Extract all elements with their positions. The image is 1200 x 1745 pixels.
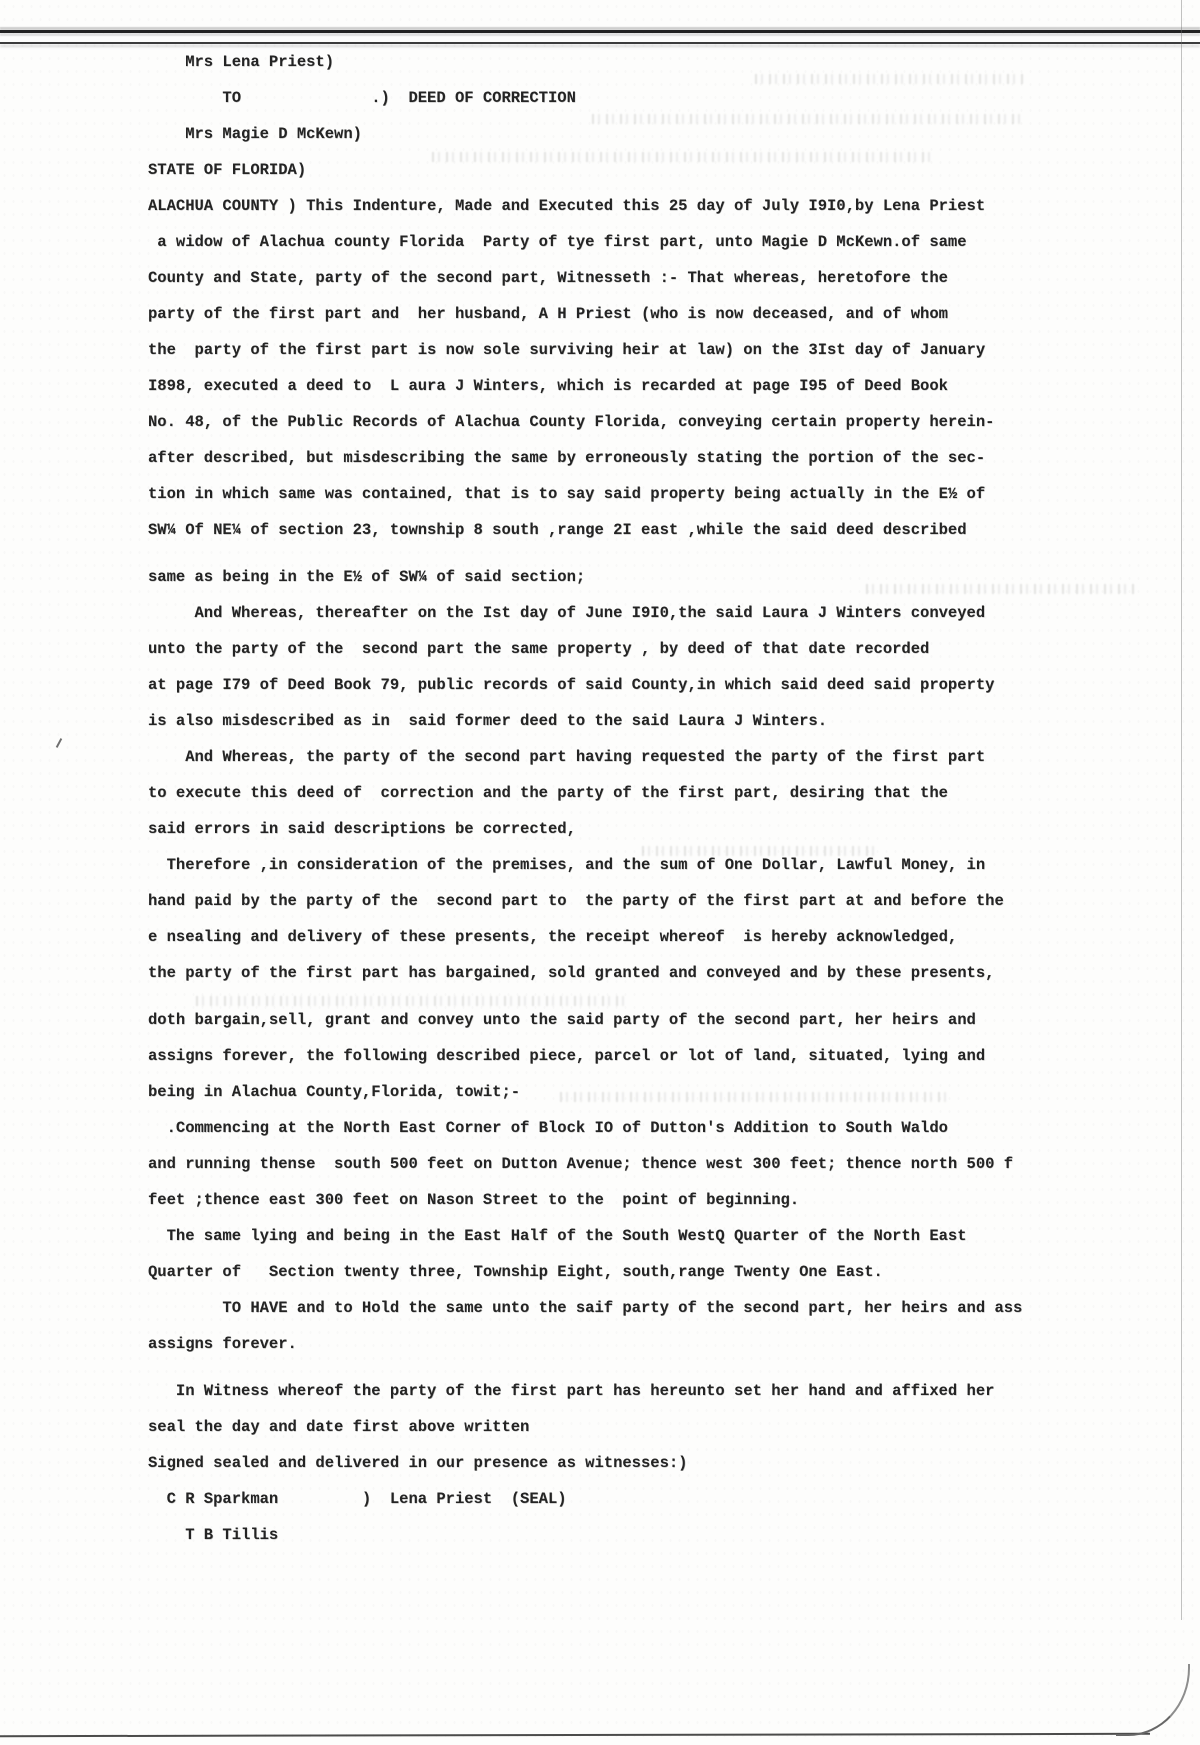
document-line: said errors in said descriptions be corr… [148,811,1186,847]
document-line: hand paid by the party of the second par… [148,883,1186,919]
scanned-document-page: Mrs Lena Priest) TO .) DEED OF CORRECTIO… [0,0,1200,1745]
document-line: County and State, party of the second pa… [148,260,1186,296]
document-line: same as being in the E½ of SW¼ of said s… [148,559,1186,595]
document-line: And Whereas, thereafter on the Ist day o… [148,595,1186,631]
document-line: Mrs Lena Priest) [148,44,1186,80]
document-line: feet ;thence east 300 feet on Nason Stre… [148,1182,1186,1218]
scan-bottom-rule [0,1733,1150,1737]
document-line: seal the day and date first above writte… [148,1409,1186,1445]
document-line: assigns forever. [148,1326,1186,1362]
document-line: assigns forever, the following described… [148,1038,1186,1074]
document-line: and running thense south 500 feet on Dut… [148,1146,1186,1182]
document-line: And Whereas, the party of the second par… [148,739,1186,775]
document-line: e nsealing and delivery of these present… [148,919,1186,955]
document-line: doth bargain,sell, grant and convey unto… [148,1002,1186,1038]
document-line: after described, but misdescribing the s… [148,440,1186,476]
document-line: Signed sealed and delivered in our prese… [148,1445,1186,1481]
document-line: The same lying and being in the East Hal… [148,1218,1186,1254]
document-line: unto the party of the second part the sa… [148,631,1186,667]
blank-line [148,548,1186,559]
document-line: TO HAVE and to Hold the same unto the sa… [148,1290,1186,1326]
document-line: No. 48, of the Public Records of Alachua… [148,404,1186,440]
page-curl-edge [1116,1664,1190,1736]
document-line: to execute this deed of correction and t… [148,775,1186,811]
document-line: tion in which same was contained, that i… [148,476,1186,512]
document-line: C R Sparkman ) Lena Priest (SEAL) [148,1481,1186,1517]
document-line: In Witness whereof the party of the firs… [148,1373,1186,1409]
pen-mark [56,738,62,748]
document-lines: Mrs Lena Priest) TO .) DEED OF CORRECTIO… [148,44,1186,1553]
document-line: a widow of Alachua county Florida Party … [148,224,1186,260]
document-line: at page I79 of Deed Book 79, public reco… [148,667,1186,703]
document-line: the party of the first part is now sole … [148,332,1186,368]
document-line: Therefore ,in consideration of the premi… [148,847,1186,883]
document-line: is also misdescribed as in said former d… [148,703,1186,739]
document-line: Quarter of Section twenty three, Townshi… [148,1254,1186,1290]
document-line: TO .) DEED OF CORRECTION [148,80,1186,116]
document-line: SW¼ Of NE¼ of section 23, township 8 sou… [148,512,1186,548]
blank-line [148,991,1186,1002]
document-line: the party of the first part has bargaine… [148,955,1186,991]
document-line: party of the first part and her husband,… [148,296,1186,332]
document-line: Mrs Magie D McKewn) [148,116,1186,152]
document-line: ALACHUA COUNTY ) This Indenture, Made an… [148,188,1186,224]
document-line: I898, executed a deed to L aura J Winter… [148,368,1186,404]
scan-top-rule-1 [0,30,1200,33]
blank-line [148,1362,1186,1373]
document-line: being in Alachua County,Florida, towit;- [148,1074,1186,1110]
document-line: STATE OF FLORIDA) [148,152,1186,188]
document-line: T B Tillis [148,1517,1186,1553]
document-line: .Commencing at the North East Corner of … [148,1110,1186,1146]
